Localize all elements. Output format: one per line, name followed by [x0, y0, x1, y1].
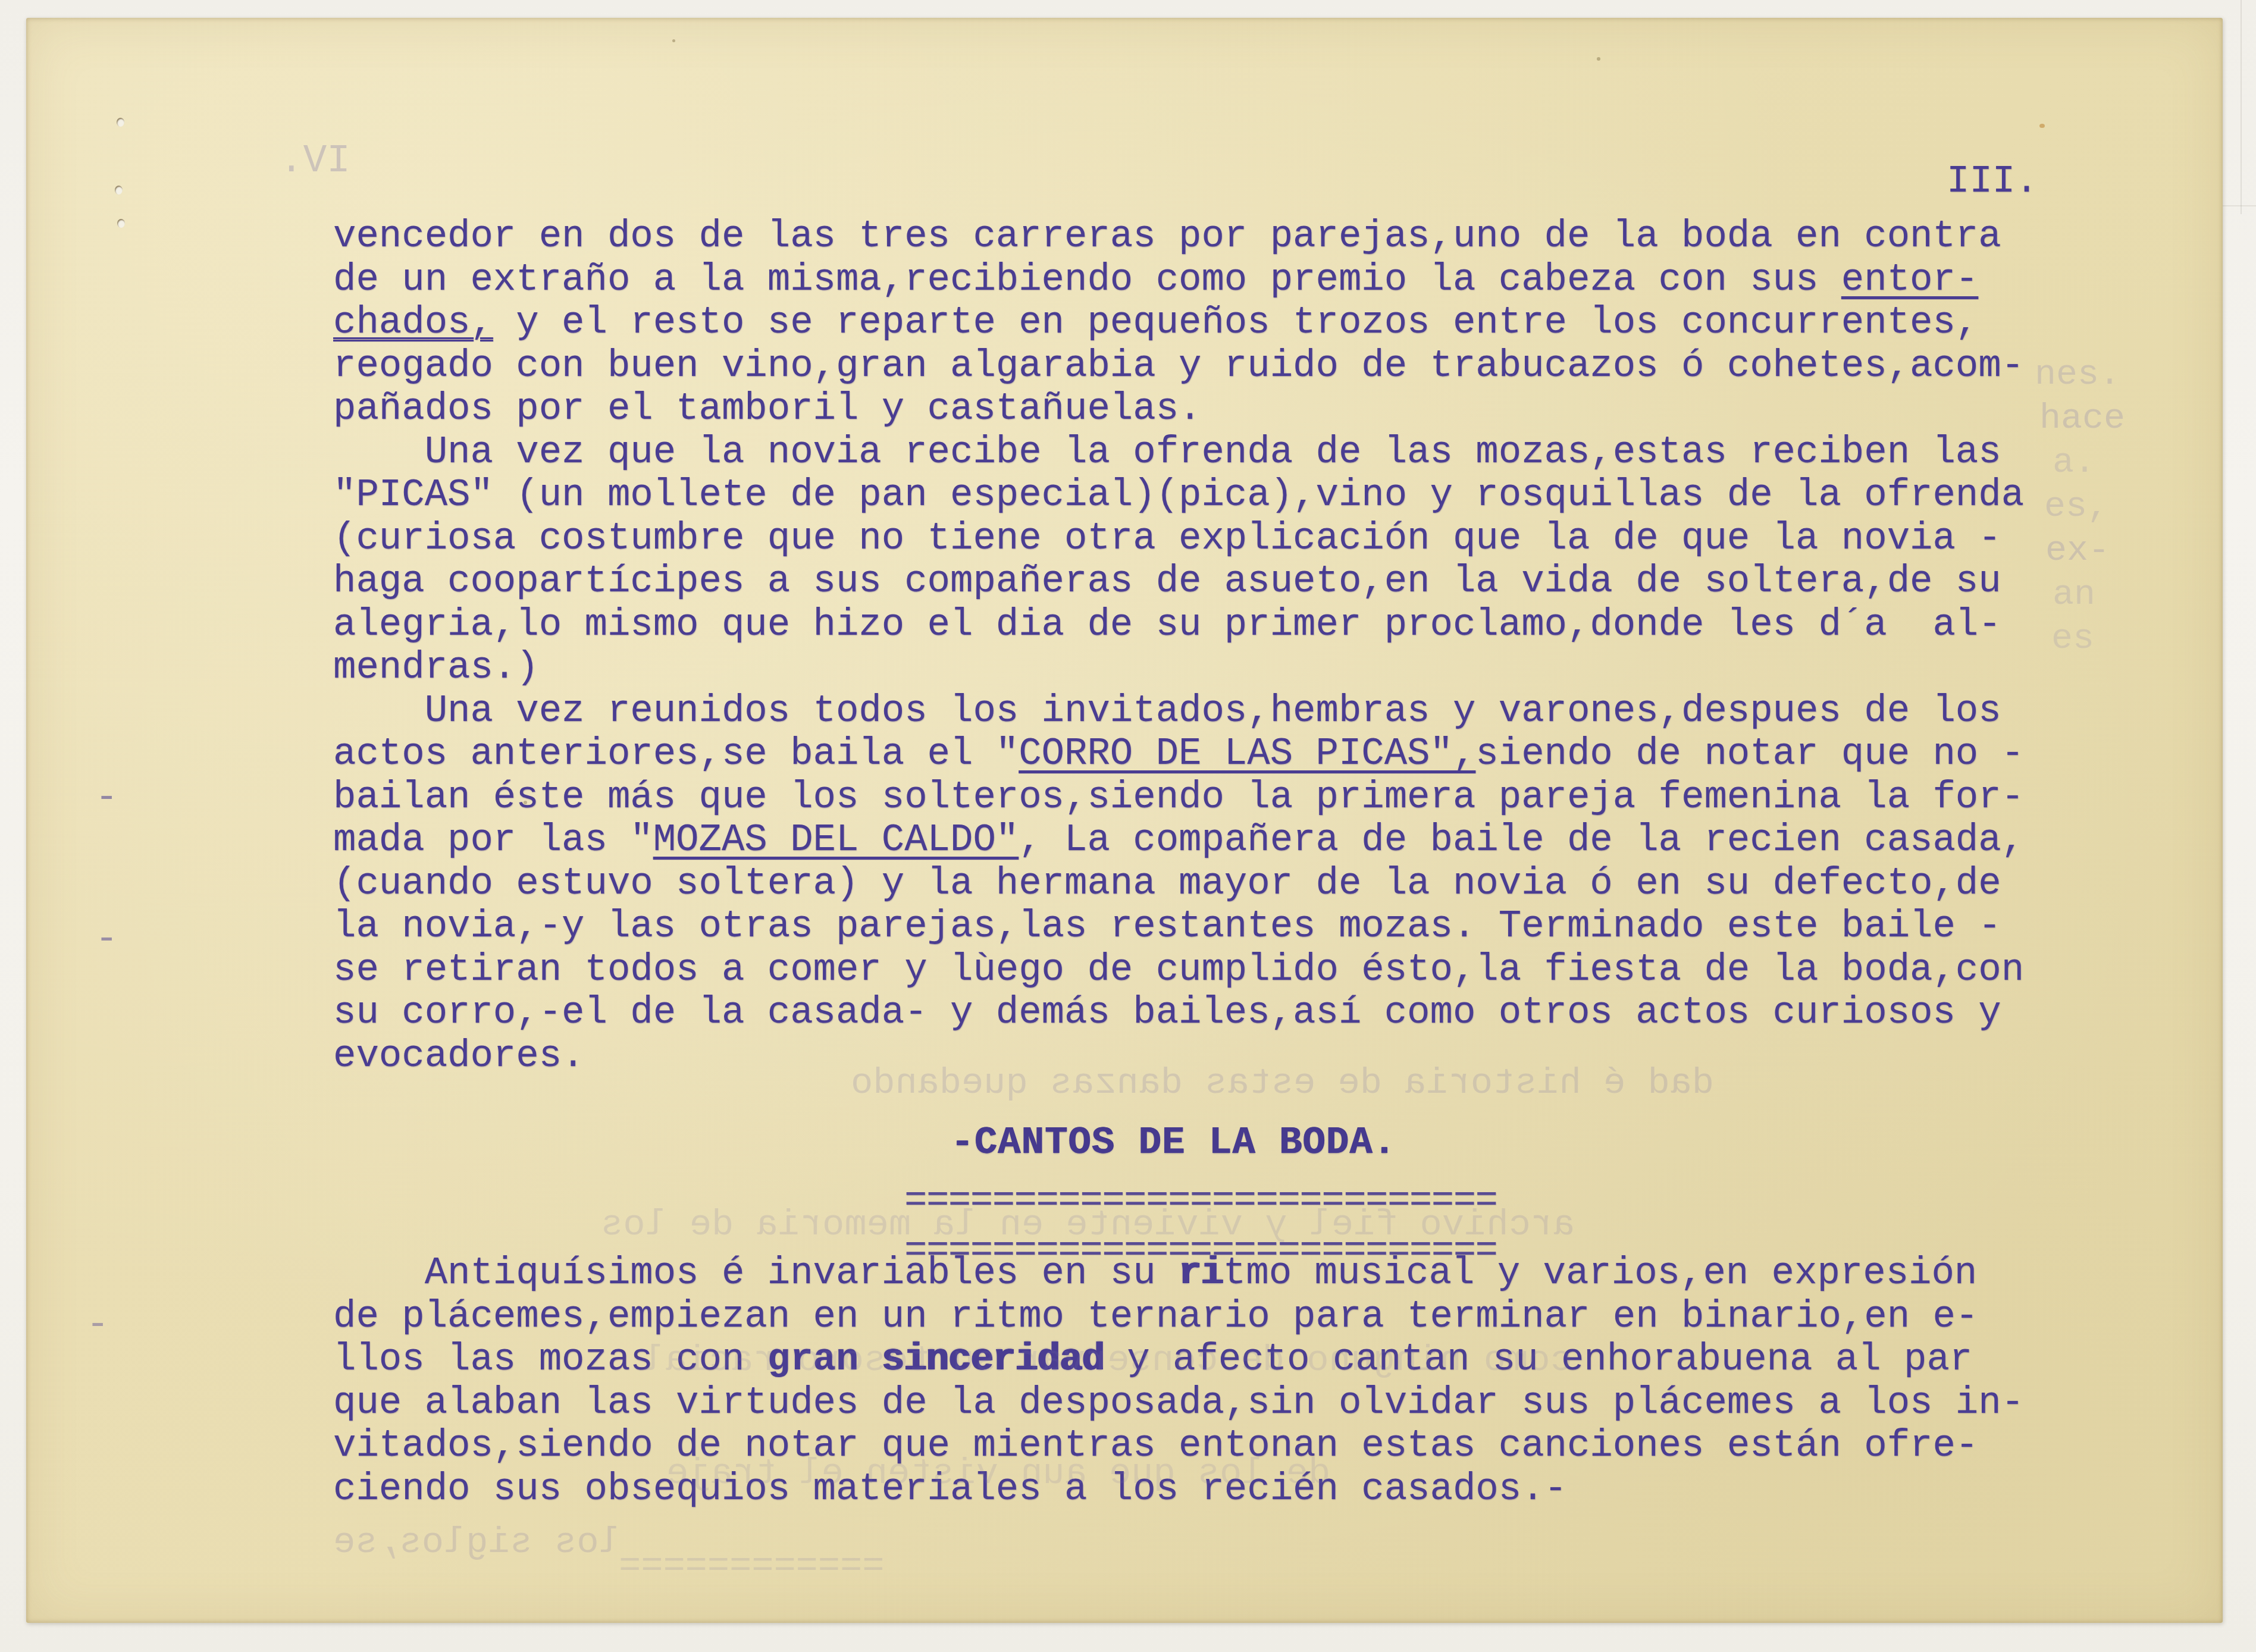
underlined-text: MOZAS DEL CALDO" — [653, 819, 1019, 862]
text-segment: se retiran todos a comer y lùego de cump… — [333, 949, 2024, 992]
ghost-bleedthrough-text: an — [2053, 577, 2095, 613]
text-segment: su corro,-el de la casada- y demás baile… — [333, 992, 2001, 1035]
underlined-text: CORRO DE LAS PICAS", — [1019, 733, 1475, 776]
paper-sheet: III. vencedor en dos de las tres carrera… — [26, 18, 2223, 1623]
text-line: chados, y el resto se reparte en pequeño… — [333, 302, 2024, 345]
text-segment: bailan éste más que los solteros,siendo … — [333, 776, 2024, 819]
text-segment: pañados por el tamboril y castañuelas. — [333, 388, 1201, 431]
text-segment: vencedor en dos de las tres carreras por… — [333, 215, 2001, 258]
text-segment: la novia,-y las otras parejas,las restan… — [333, 905, 2001, 948]
paper-speck — [2039, 124, 2045, 128]
text-segment: tmo musical y varios,en expresión — [1223, 1252, 1977, 1295]
heading-rule-row: =========================== — [904, 1193, 1497, 1210]
underlined-text: chados, — [333, 302, 493, 344]
paper-speck — [524, 801, 527, 804]
text-line: reogado con buen vino,gran algarabia y r… — [333, 345, 2024, 388]
ghost-bleedthrough-text: es — [2051, 621, 2094, 657]
pinhole — [115, 186, 123, 195]
text-line: pañados por el tamboril y castañuelas. — [333, 388, 2024, 431]
ghost-bleedthrough-text: - — [95, 779, 118, 817]
paper-speck — [672, 39, 675, 42]
text-segment: (curiosa costumbre que no tiene otra exp… — [333, 518, 2001, 560]
pinhole — [117, 118, 124, 127]
ghost-bleedthrough-text: nes. — [2035, 357, 2120, 393]
text-segment: alegria,lo mismo que hizo el dia de su p… — [333, 604, 2001, 647]
ghost-bleedthrough-text: - — [86, 1306, 109, 1344]
text-line: vitados,siendo de notar que mientras ent… — [333, 1425, 2024, 1468]
text-line: alegria,lo mismo que hizo el dia de su p… — [333, 604, 2024, 647]
text-line: su corro,-el de la casada- y demás baile… — [333, 992, 2024, 1035]
underlined-text: entor- — [1841, 259, 1978, 302]
text-segment — [858, 1338, 881, 1381]
scanner-background: III. vencedor en dos de las tres carrera… — [0, 0, 2256, 1652]
text-segment: y el resto se reparte en pequeños trozos… — [493, 302, 1978, 344]
background-crease-vertical — [2241, 0, 2242, 214]
text-segment: vitados,siendo de notar que mientras ent… — [333, 1425, 1978, 1468]
text-line: se retiran todos a comer y lùego de cump… — [333, 949, 2024, 992]
text-segment: "PICAS" (un mollete de pan especial)(pic… — [333, 474, 2024, 517]
text-segment: ciendo sus obsequios materiales a los re… — [333, 1468, 1567, 1511]
text-segment: de plácemes,empiezan en un ritmo ternari… — [333, 1296, 1978, 1338]
ghost-bleedthrough-text: los siglos,se — [333, 1524, 621, 1561]
text-segment: mendras.) — [333, 647, 539, 689]
text-line: Antiquísimos é invariables en su ritmo m… — [333, 1252, 2024, 1296]
pinhole — [117, 219, 125, 228]
text-line: mendras.) — [333, 647, 2024, 690]
background-crease-horizontal — [2219, 205, 2256, 206]
text-line: evocadores. — [333, 1035, 2024, 1079]
paper-speck — [1769, 1348, 1774, 1352]
text-line: de plácemes,empiezan en un ritmo ternari… — [333, 1296, 2024, 1339]
text-segment: (cuando estuvo soltera) y la hermana may… — [333, 863, 2001, 905]
text-line: ciendo sus obsequios materiales a los re… — [333, 1468, 2024, 1512]
text-line: (curiosa costumbre que no tiene otra exp… — [333, 518, 2024, 561]
body-text-block: vencedor en dos de las tres carreras por… — [333, 215, 2024, 1078]
ghost-bleedthrough-text: es, — [2044, 489, 2108, 525]
text-segment: llos las mozas con — [333, 1338, 767, 1381]
text-line: "PICAS" (un mollete de pan especial)(pic… — [333, 474, 2024, 518]
text-line: actos anteriores,se baila el "CORRO DE L… — [333, 733, 2024, 776]
text-segment: y afecto cantan su enhorabuena al par — [1104, 1338, 1972, 1381]
text-line: Una vez reunidos todos los invitados,hem… — [333, 690, 2024, 733]
ghost-bleedthrough-text: ex- — [2045, 533, 2110, 569]
text-line: que alaban las virtudes de la desposada,… — [333, 1382, 2024, 1425]
text-segment: haga coopartícipes a sus compañeras de a… — [333, 560, 2001, 603]
text-line: la novia,-y las otras parejas,las restan… — [333, 905, 2024, 949]
text-segment: , La compañera de baile de la recien cas… — [1019, 819, 2024, 862]
text-line: vencedor en dos de las tres carreras por… — [333, 215, 2024, 259]
text-segment: Antiquísimos é invariables en su — [333, 1252, 1179, 1295]
overtyped-text: sinceridad — [882, 1338, 1104, 1381]
text-line: de un extraño a la misma,recibiendo como… — [333, 259, 2024, 302]
text-segment: de un extraño a la misma,recibiendo como… — [333, 259, 1841, 302]
text-segment: evocadores. — [333, 1035, 584, 1078]
overtyped-text: ri — [1179, 1252, 1223, 1295]
text-segment: siendo de notar que no - — [1475, 733, 2024, 776]
page-number: III. — [1947, 161, 2038, 203]
ghost-bleedthrough-text: - — [95, 921, 118, 959]
text-segment: Una vez que la novia recibe la ofrenda d… — [333, 431, 2001, 474]
paper-speck — [1597, 57, 1600, 61]
text-line: mada por las "MOZAS DEL CALDO", La compa… — [333, 819, 2024, 863]
text-segment: reogado con buen vino,gran algarabia y r… — [333, 345, 2024, 388]
ghost-bleedthrough-text: hace — [2039, 401, 2125, 437]
text-line: Una vez que la novia recibe la ofrenda d… — [333, 431, 2024, 475]
text-line: bailan éste más que los solteros,siendo … — [333, 776, 2024, 820]
text-line: (cuando estuvo soltera) y la hermana may… — [333, 863, 2024, 906]
ghost-bleedthrough-text: IV. — [280, 142, 350, 181]
ghost-bleedthrough-text: ============ — [619, 1548, 884, 1585]
text-segment: Una vez reunidos todos los invitados,hem… — [333, 690, 2001, 733]
ghost-bleedthrough-text: a. — [2053, 445, 2095, 481]
bold-ink-text: gran — [767, 1338, 859, 1381]
text-line: haga coopartícipes a sus compañeras de a… — [333, 560, 2024, 604]
text-segment: que alaban las virtudes de la desposada,… — [333, 1382, 2024, 1425]
text-segment: actos anteriores,se baila el " — [333, 733, 1019, 776]
text-segment: mada por las " — [333, 819, 653, 862]
section-heading: -CANTOS DE LA BODA. — [951, 1122, 1396, 1165]
closing-paragraph-block: Antiquísimos é invariables en su ritmo m… — [333, 1252, 2024, 1511]
text-line: llos las mozas con gran sinceridad y afe… — [333, 1338, 2024, 1382]
